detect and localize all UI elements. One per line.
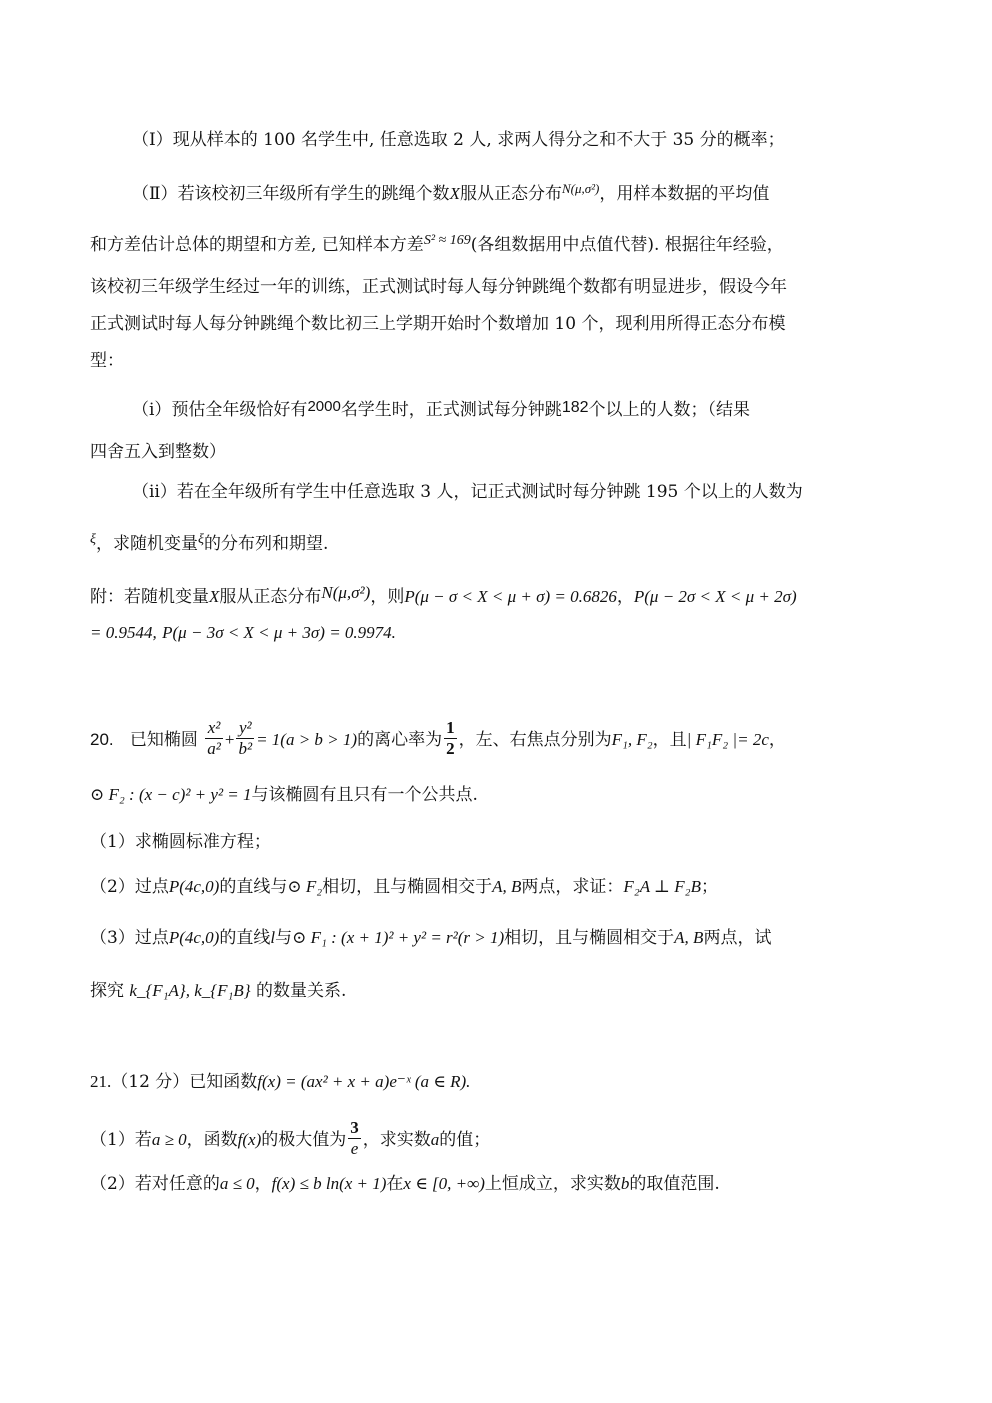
part-label: （1） [90, 1130, 135, 1150]
part-label: （3） [90, 928, 135, 948]
sub-i-text: 名学生时，正式测试每分钟跳 [341, 400, 562, 420]
q20-text: ，且 [653, 730, 687, 750]
part-text: 的值； [439, 1130, 490, 1150]
numerator: 3 [348, 1118, 361, 1139]
points-ab: A, B [492, 877, 521, 896]
eccentricity-fraction: 12 [444, 718, 457, 759]
part-text: 相切，且与椭圆相交于 [504, 928, 674, 948]
domain-interval: x ∈ [0, +∞) [403, 1174, 485, 1193]
part-text: 若 [135, 1130, 152, 1150]
condition: a ≤ 0 [220, 1174, 255, 1193]
denominator: a² [205, 739, 223, 759]
part-text: 两点，试 [703, 928, 771, 948]
part-label: （1） [90, 832, 135, 852]
ellipse-condition: = 1(a > b > 1) [256, 730, 357, 749]
variable-x: X [450, 184, 460, 203]
condition: a ≥ 0 [152, 1130, 187, 1149]
probability-1sigma: P(μ − σ < X < μ + σ) = 0.6826 [404, 587, 617, 606]
q21-part-2: （2）若对任意的a ≤ 0，f(x) ≤ b ln(x + 1)在x ∈ [0,… [90, 1172, 720, 1196]
part-ii-text: 若该校初三年级所有学生的跳绳个数 [178, 184, 450, 204]
ellipse-fraction-y: y²b² [236, 718, 254, 759]
part-text: ，函数 [187, 1130, 238, 1150]
sub-ii-text: 的分布列和期望. [204, 534, 328, 554]
part-text: 若对任意的 [135, 1174, 220, 1194]
q20-line-2: ⊙ F₂ : (x − c)² + y² = 1与该椭圆有且只有一个公共点. [90, 783, 478, 807]
probability-3sigma: P(μ − 3σ < X < μ + 3σ) = 0.9974. [162, 623, 396, 642]
part-text: 两点，求证： [521, 877, 623, 897]
part-text: 上恒成立，求实数 [485, 1174, 621, 1194]
part-text: 探究 [90, 981, 124, 1001]
q20-part-2: （2）过点P(4c,0)的直线与⊙ F₂相切，且与椭圆相交于A, B两点，求证：… [90, 875, 718, 899]
sub-i-line-2: 四舍五入到整数） [90, 440, 226, 464]
part-label: （2） [90, 1174, 135, 1194]
separator: ， [617, 587, 634, 607]
question-points: （12 分） [111, 1072, 189, 1092]
sample-variance: S² ≈ 169 [424, 233, 471, 248]
denominator: 2 [444, 739, 457, 759]
sub-ii-line-1: （ⅱ）若在全年级所有学生中任意选取 3 人，记正式测试时每分钟跳 195 个以上… [132, 480, 803, 504]
q20-text: 的离心率为 [357, 730, 442, 750]
sub-i-text: 预估全年级恰好有 [171, 400, 307, 420]
part-ii-line-4: 正式测试时每人每分钟跳绳个数比初三上学期开始时个数增加 10 个，现利用所得正态… [90, 312, 785, 336]
part-text: 的直线 [219, 928, 270, 948]
normal-distribution: N(μ,σ²) [321, 583, 370, 602]
numerator: 1 [444, 718, 457, 739]
q20-text: ， [769, 730, 786, 750]
part-ii-line-2: 和方差估计总体的期望和方差, 已知样本方差S² ≈ 169(各组数据用中点值代替… [90, 229, 784, 257]
q20-part-1: （1）求椭圆标准方程； [90, 830, 271, 854]
appendix-text: 附：若随机变量 [90, 587, 209, 607]
jump-count: 182 [562, 399, 589, 416]
probability-2sigma-left: P(μ − 2σ < X < μ + 2σ) [634, 587, 797, 606]
sub-i-label: （ⅰ） [132, 400, 171, 420]
q20-line-1: 20. 已知椭圆 x²a²+y²b²= 1(a > b > 1)的离心率为12，… [90, 720, 786, 761]
part-i-text: 现从样本的 100 名学生中, 任意选取 2 人, 求两人得分之和不大于 35 … [173, 130, 785, 150]
part-label: （2） [90, 877, 135, 897]
normal-distribution: N(μ,σ²) [562, 181, 599, 196]
q20-part-3-line-2: 探究 k_{F₁A}, k_{F₁B} 的数量关系. [90, 979, 346, 1003]
part-text: 在 [386, 1174, 403, 1194]
function-definition: f(x) = (ax² + x + a)e⁻ˣ (a ∈ R). [257, 1072, 470, 1091]
circle-f2: ⊙ F₂ [287, 877, 322, 896]
numerator: y² [236, 718, 254, 739]
appendix-text: ，则 [370, 587, 404, 607]
part-text: 过点 [135, 928, 169, 948]
sub-i-line-1: （ⅰ）预估全年级恰好有2000名学生时，正式测试每分钟跳182个以上的人数；（结… [132, 395, 750, 422]
ellipse-fraction-x: x²a² [205, 718, 223, 759]
part-ii-line-3: 该校初三年级学生经过一年的训练，正式测试时每人每分钟跳绳个数都有明显进步，假设今… [90, 275, 787, 299]
q21-text: 已知函数 [189, 1072, 257, 1092]
part-ii-text: ，用样本数据的平均值 [599, 184, 769, 204]
part-text: ， [255, 1174, 272, 1194]
q20-part-3: （3）过点P(4c,0)的直线l与⊙ F₁ : (x + 1)² + y² = … [90, 926, 771, 950]
q21-part-1: （1）若a ≥ 0，函数f(x)的极大值为3e，求实数a的值； [90, 1120, 490, 1161]
part-ii-line-5: 型： [90, 349, 124, 373]
part-text: 的极大值为 [261, 1130, 346, 1150]
max-value-fraction: 3e [348, 1118, 361, 1159]
sub-ii-line-2: ξ，求随机变量ξ的分布列和期望. [90, 528, 328, 556]
question-number: 21. [90, 1072, 111, 1091]
q20-text: ，左、右焦点分别为 [459, 730, 612, 750]
sub-ii-text: 若在全年级所有学生中任意选取 3 人，记正式测试时每分钟跳 195 个以上的人数… [177, 482, 803, 502]
inequality: f(x) ≤ b ln(x + 1) [272, 1174, 387, 1193]
part-text: 相切，且与椭圆相交于 [322, 877, 492, 897]
part-ii-text: (各组数据用中点值代替). 根据往年经验， [471, 235, 784, 255]
point-p: P(4c,0) [169, 877, 220, 896]
part-text: 过点 [135, 877, 169, 897]
sub-ii-text: ，求随机变量 [96, 534, 198, 554]
appendix-line-2: = 0.9544, P(μ − 3σ < X < μ + 3σ) = 0.997… [90, 621, 396, 645]
part-ii-text: 和方差估计总体的期望和方差, 已知样本方差 [90, 235, 424, 255]
numerator: x² [205, 718, 223, 739]
circle-f2-equation: ⊙ F₂ : (x − c)² + y² = 1 [90, 785, 252, 804]
part-text: 的直线与 [219, 877, 287, 897]
student-count: 2000 [307, 398, 340, 415]
part-text: ，求实数 [363, 1130, 431, 1150]
variable-x: X [209, 587, 219, 606]
foci-distance: | F₁F₂ |= 2c [687, 730, 769, 749]
q20-text: 已知椭圆 [130, 730, 198, 750]
denominator: e [348, 1139, 361, 1159]
function-fx: f(x) [238, 1130, 262, 1149]
point-p: P(4c,0) [169, 928, 220, 947]
perpendicular-claim: F₂A ⊥ F₂B [623, 877, 701, 896]
denominator: b² [236, 739, 254, 759]
part-ii-line-1: （Ⅱ）若该校初三年级所有学生的跳绳个数X服从正态分布N(μ,σ²)，用样本数据的… [132, 177, 769, 206]
question-number: 20. [90, 730, 114, 749]
circle-f1-equation: ⊙ F₁ : (x + 1)² + y² = r²(r > 1) [292, 928, 504, 947]
foci: F₁, F₂ [612, 730, 653, 749]
variable-a: a [431, 1130, 440, 1149]
appendix-line-1: 附：若随机变量X服从正态分布N(μ,σ²)，则P(μ − σ < X < μ +… [90, 581, 797, 609]
q21-line-1: 21.（12 分）已知函数f(x) = (ax² + x + a)e⁻ˣ (a … [90, 1070, 470, 1094]
part-text: 的取值范围. [629, 1174, 719, 1194]
q20-text: 与该椭圆有且只有一个公共点. [252, 785, 478, 805]
part-text: 与 [275, 928, 292, 948]
points-ab: A, B [674, 928, 703, 947]
probability-2sigma-right: = 0.9544, [90, 623, 157, 642]
part-i-line: （Ⅰ）现从样本的 100 名学生中, 任意选取 2 人, 求两人得分之和不大于 … [132, 128, 785, 152]
sub-i-text: 个以上的人数；（结果 [589, 400, 751, 420]
appendix-text: 服从正态分布 [219, 587, 321, 607]
part-ii-label: （Ⅱ） [132, 184, 178, 204]
part-text: 的数量关系. [256, 981, 346, 1001]
part-text: 求椭圆标准方程； [135, 832, 271, 852]
part-i-label: （Ⅰ） [132, 130, 173, 150]
part-text: ； [701, 877, 718, 897]
sub-ii-label: （ⅱ） [132, 482, 177, 502]
part-ii-text: 服从正态分布 [460, 184, 562, 204]
slopes: k_{F₁A}, k_{F₁B} [129, 981, 250, 1000]
